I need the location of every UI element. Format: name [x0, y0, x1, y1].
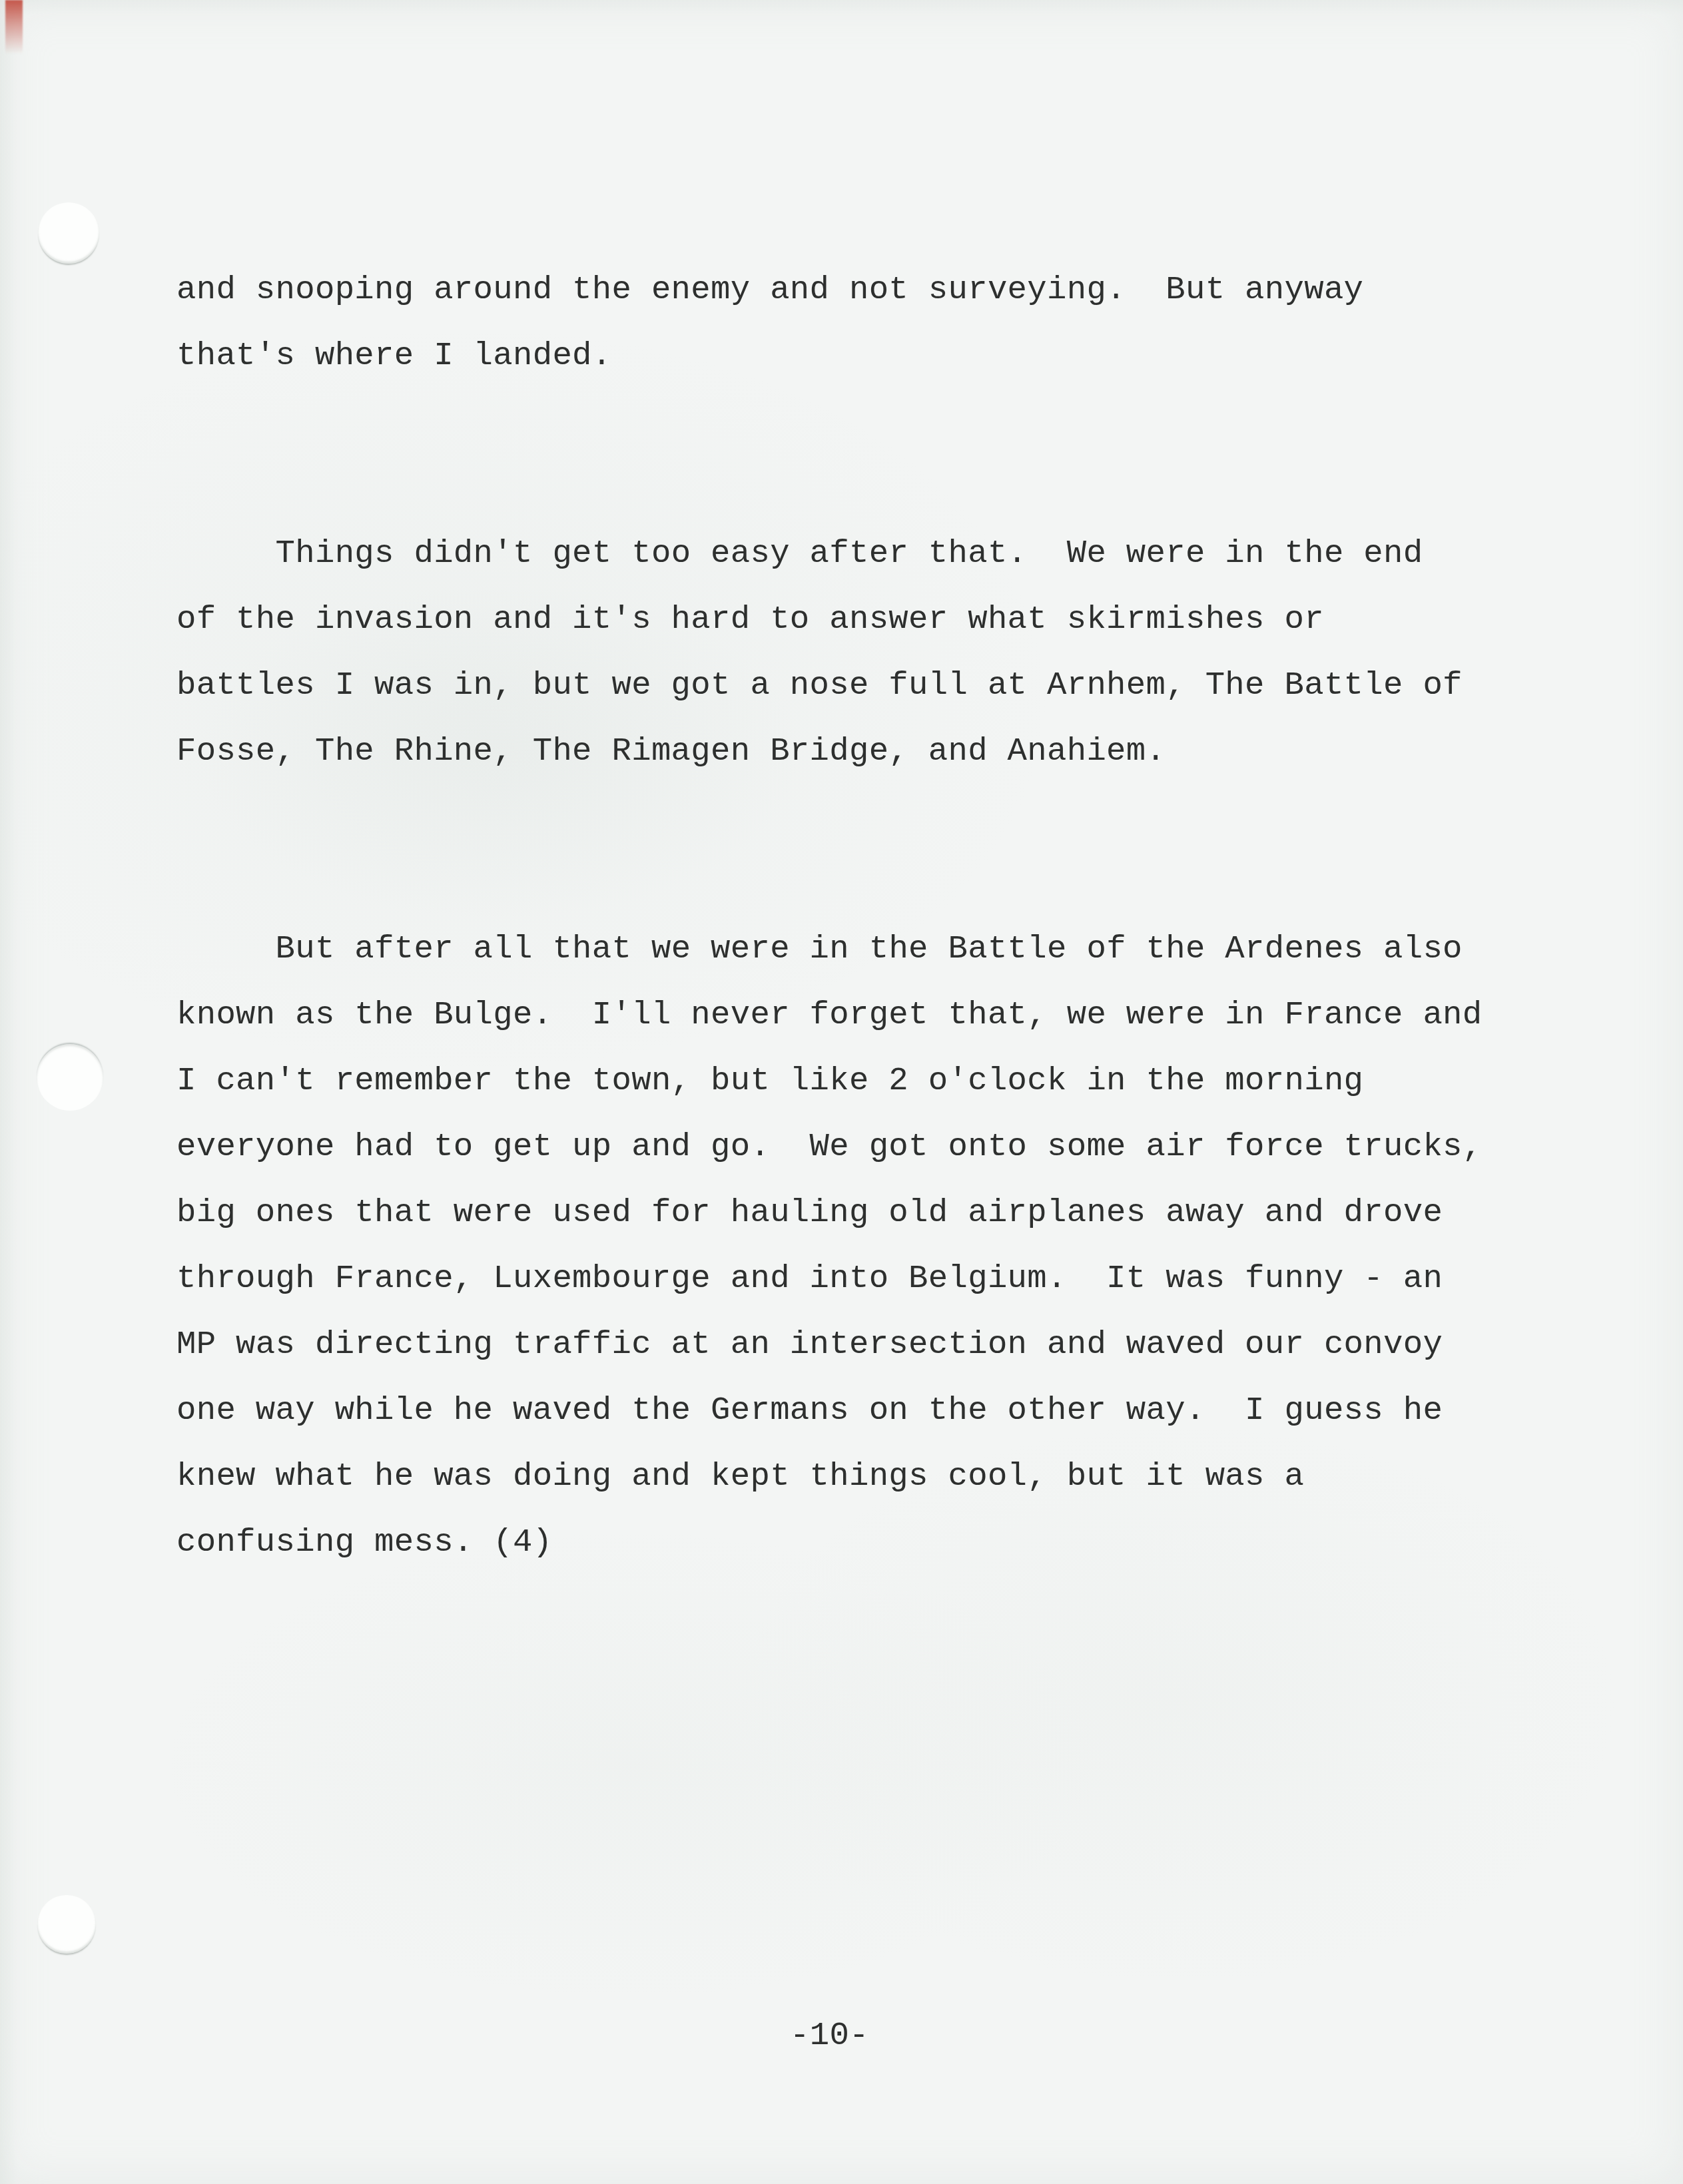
page-number: -10- [790, 2003, 869, 2069]
typed-paragraph: and snooping around the enemy and not su… [176, 257, 1588, 389]
typed-paragraph: Things didn't get too easy after that. W… [176, 521, 1588, 784]
typed-text-block: and snooping around the enemy and not su… [176, 125, 1588, 1707]
typed-paragraph: But after all that we were in the Battle… [176, 916, 1588, 1575]
hole-punch-bottom [37, 1895, 96, 1954]
red-ink-mark [5, 0, 23, 61]
hole-punch-middle [37, 1044, 103, 1111]
hole-punch-top [38, 202, 99, 264]
scanned-page: and snooping around the enemy and not su… [0, 0, 1683, 2184]
